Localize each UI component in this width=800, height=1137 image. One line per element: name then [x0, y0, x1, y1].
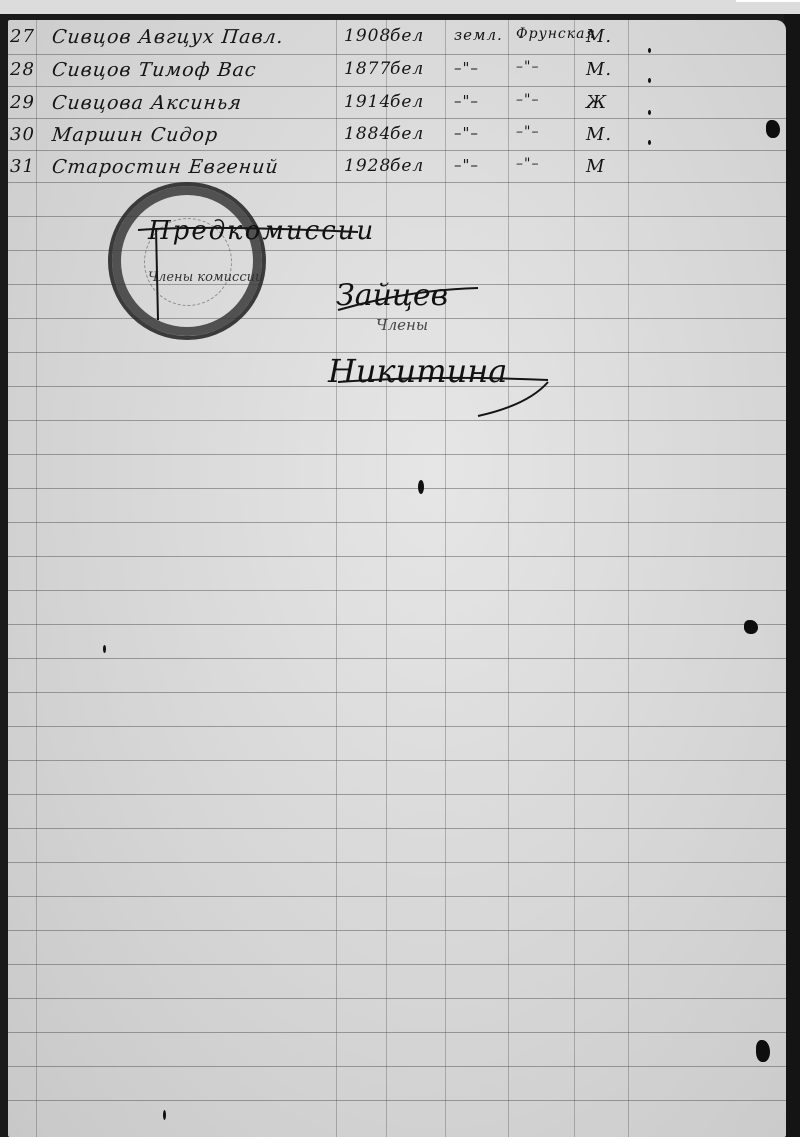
signature-flourishes: [8, 20, 786, 440]
ruled-line: [8, 828, 786, 829]
ruled-line: [8, 794, 786, 795]
top-margin-strip: [0, 0, 800, 14]
ruled-line: [8, 590, 786, 591]
ruled-line: [8, 930, 786, 931]
ink-speck: [163, 1110, 166, 1120]
paper-damage: [766, 120, 780, 138]
page-right-edge: [784, 14, 800, 1137]
ruled-line: [8, 624, 786, 625]
ruled-line: [8, 1032, 786, 1033]
ruled-line: [8, 692, 786, 693]
ink-speck: [648, 78, 651, 83]
ink-speck: [648, 48, 651, 53]
top-margin-highlight: [736, 0, 800, 2]
ink-speck: [648, 110, 651, 115]
paper-damage: [744, 620, 758, 634]
ruled-line: [8, 556, 786, 557]
ink-speck: [103, 645, 106, 653]
scanned-page: 27 Сивцов Авгцух Павл. 1908 бел земл. Фр…: [0, 14, 800, 1137]
paper-damage: [756, 1040, 770, 1062]
ruled-line: [8, 454, 786, 455]
ruled-line: [8, 760, 786, 761]
ruled-line: [8, 488, 786, 489]
ink-speck: [418, 480, 424, 494]
ruled-line: [8, 896, 786, 897]
ruled-line: [8, 964, 786, 965]
ink-speck: [648, 140, 651, 145]
ruled-line: [8, 522, 786, 523]
ruled-line: [8, 1066, 786, 1067]
ruled-line: [8, 862, 786, 863]
ruled-line: [8, 998, 786, 999]
ruled-line: [8, 658, 786, 659]
ruled-line: [8, 1100, 786, 1101]
paper-sheet: 27 Сивцов Авгцух Павл. 1908 бел земл. Фр…: [8, 20, 786, 1137]
ruled-line: [8, 726, 786, 727]
